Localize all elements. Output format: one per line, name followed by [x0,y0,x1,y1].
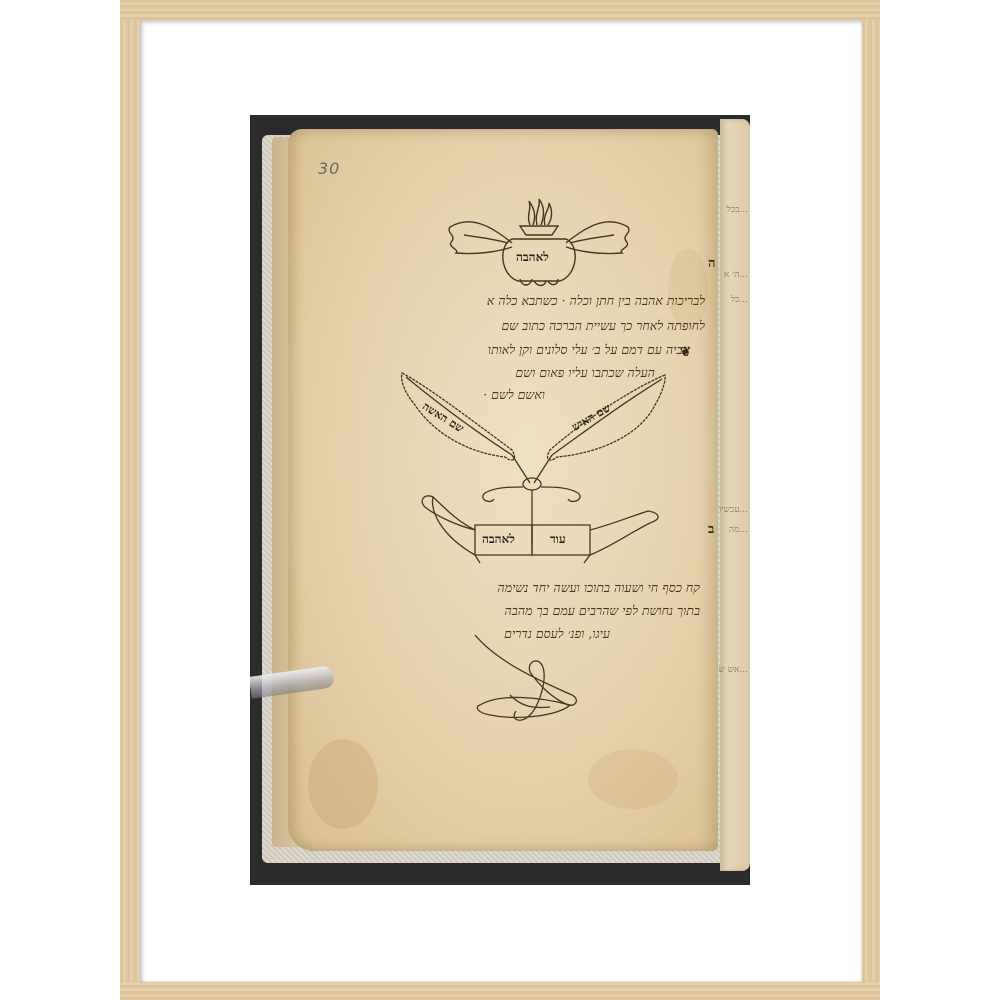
facing-page-text: ...מה [729,524,748,535]
manuscript-photo: 30 לאהבה לבריכות אהבה בין חתן וכלה · כשת… [250,115,750,885]
facing-page-edge: ...בכל ...ה׳ א ...כל ...עכשיו ...מה ...א… [720,119,750,871]
calligraphic-flourish [250,635,750,795]
margin-mark: ה [708,255,715,271]
text-line: ואשם לשם · [483,387,545,403]
banner-right-label: עוד [550,532,566,547]
facing-page-text: ...כל [731,294,748,305]
facing-page-text: ...אש ש [718,664,748,675]
text-line: קח כסף חי ושעוה בתוכו ועשה יחד נשימה [497,580,700,596]
two-leaves-illustration [250,115,750,375]
text-line: בתוך נחושת לפי שהרבים עמם בך מהבה [504,603,700,619]
margin-mark: ב [708,521,714,537]
facing-page-text: ...עכשיו [719,504,748,515]
picture-frame-bottom [120,982,880,1000]
banner-left-label: לאהבה [482,532,515,547]
picture-frame-top [120,0,880,20]
facing-page-text: ...בכל [726,204,748,215]
facing-page-text: ...ה׳ א [724,269,748,280]
